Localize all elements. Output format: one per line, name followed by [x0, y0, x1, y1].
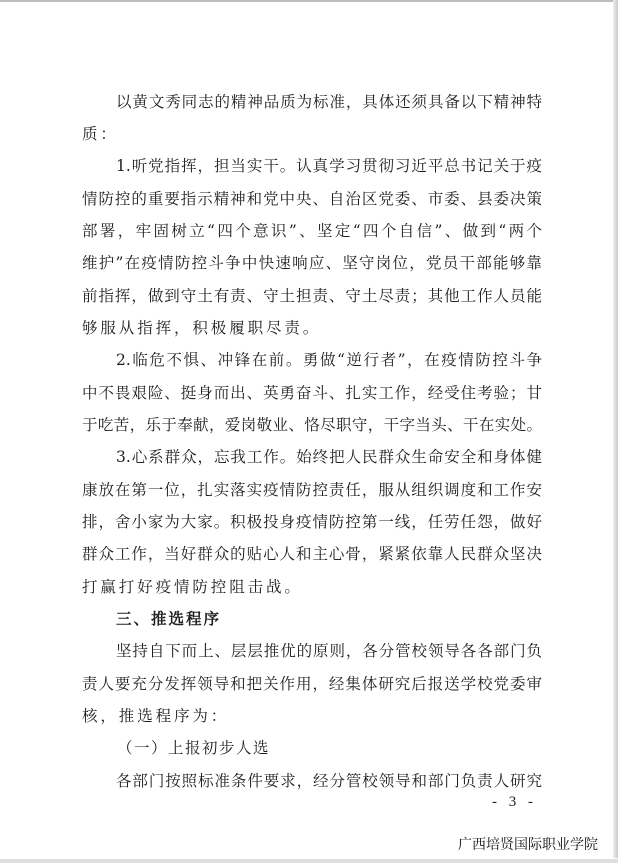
- item-3-title-line: 3.心系群众，忘我工作。始终把人民群众生命安全和身体健: [116, 447, 542, 467]
- paragraph-line: 以黄文秀同志的精神品质为标准，具体还须具备以下精神特: [116, 92, 542, 112]
- document-page: 以黄文秀同志的精神品质为标准，具体还须具备以下精神特 质： 1.听党指挥，担当实…: [0, 0, 612, 858]
- paragraph-line: 中不畏艰险、挺身而出、英勇奋斗、扎实工作，经受住考验；甘: [82, 383, 542, 403]
- paragraph-line: 打赢打好疫情防控阻击战。: [82, 577, 542, 597]
- paragraph-line: 康放在第一位，扎实落实疫情防控责任，服从组织调度和工作安: [82, 480, 542, 500]
- paragraph-line: 群众工作，当好群众的贴心人和主心骨，紧紧依靠人民群众坚决: [82, 544, 542, 564]
- paragraph-line: 坚持自下而上、层层推优的原则，各分管校领导各各部门负: [116, 641, 542, 661]
- page-right-border: [613, 0, 618, 858]
- paragraph-line: 维护”在疫情防控斗争中快速响应、坚守岗位，党员干部能够靠: [82, 253, 542, 273]
- section-heading: 三、推选程序: [116, 609, 542, 629]
- paragraph-line: 于吃苦，乐于奉献，爱岗敬业、恪尽职守，干字当头、干在实处。: [82, 415, 542, 435]
- paragraph-line: 部署，牢固树立“四个意识”、坚定“四个自信”、做到“两个: [82, 221, 542, 241]
- paragraph-line: 核，推选程序为：: [82, 706, 542, 726]
- paragraph-line: 责人要充分发挥领导和把关作用，经集体研究后报送学校党委审: [82, 674, 542, 694]
- paragraph-line: 质：: [82, 124, 542, 144]
- subsection-heading: （一）上报初步人选: [117, 738, 577, 758]
- page-number: - 3 -: [492, 794, 537, 811]
- paragraph-line: 情防控的重要指示精神和党中央、自治区党委、市委、县委决策: [82, 189, 542, 209]
- paragraph-line: 各部门按照标准条件要求，经分管校领导和部门负责人研究: [116, 771, 542, 791]
- page-top-border: [0, 0, 618, 2]
- paragraph-line: 前指挥，做到守土有责、守土担责、守土尽责；其他工作人员能: [82, 286, 542, 306]
- item-2-title-line: 2.临危不惧、冲锋在前。勇做“逆行者”，在疫情防控斗争: [116, 350, 542, 370]
- footer-organization: 广西培贤国际职业学院: [458, 834, 598, 854]
- paragraph-line: 够服从指挥，积极履职尽责。: [82, 318, 542, 338]
- item-1-title-line: 1.听党指挥，担当实干。认真学习贯彻习近平总书记关于疫: [116, 156, 542, 176]
- page-bottom-border: [0, 859, 618, 863]
- paragraph-line: 排，舍小家为大家。积极投身疫情防控第一线，任劳任怨，做好: [82, 512, 542, 532]
